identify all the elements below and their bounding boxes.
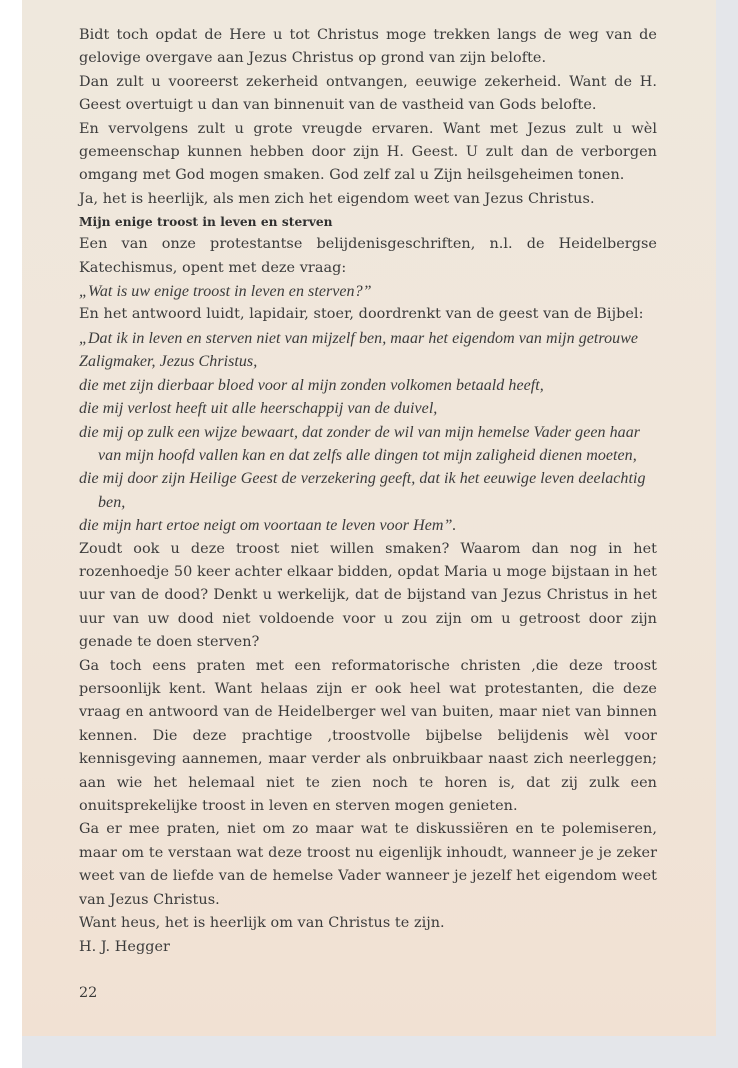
catechism-answer-line: die met zijn dierbaar bloed voor al mijn… <box>79 374 657 397</box>
paragraph: Dan zult u vooreerst zekerheid ontvangen… <box>79 71 657 118</box>
paragraph: Bidt toch opdat de Here u tot Christus m… <box>79 24 657 71</box>
catechism-answer-line: die mij op zulk een wijze bewaart, dat z… <box>79 421 657 468</box>
paragraph: Ja, het is heerlijk, als men zich het ei… <box>79 188 657 211</box>
catechism-answer-line: die mijn hart ertoe neigt om voortaan te… <box>79 514 657 537</box>
paragraph: En het antwoord luidt, lapidair, stoer, … <box>79 303 657 326</box>
paragraph: En vervolgens zult u grote vreugde ervar… <box>79 118 657 188</box>
catechism-answer-line: „Dat ik in leven en sterven niet van mij… <box>79 327 657 374</box>
paragraph: Want heus, het is heerlijk om van Christ… <box>79 912 657 935</box>
section-heading: Mijn enige troost in leven en sterven <box>79 211 657 233</box>
catechism-question: „Wat is uw enige troost in leven en ster… <box>79 280 657 303</box>
book-page: Bidt toch opdat de Here u tot Christus m… <box>22 0 716 1036</box>
page-number: 22 <box>79 985 97 1001</box>
scan-background: Bidt toch opdat de Here u tot Christus m… <box>0 0 738 1068</box>
paragraph: Ga er mee praten, niet om zo maar wat te… <box>79 818 657 912</box>
author-signature: H. J. Hegger <box>79 936 657 959</box>
catechism-answer-line: die mij verlost heeft uit alle heerschap… <box>79 397 657 420</box>
paragraph: Ga toch eens praten met een reformatoris… <box>79 655 657 819</box>
paragraph: Een van onze protestantse belijdenisgesc… <box>79 233 657 280</box>
page-body: Bidt toch opdat de Here u tot Christus m… <box>79 24 657 960</box>
paragraph: Zoudt ook u deze troost niet willen smak… <box>79 538 657 655</box>
catechism-answer-line: die mij door zijn Heilige Geest de verze… <box>79 467 657 514</box>
